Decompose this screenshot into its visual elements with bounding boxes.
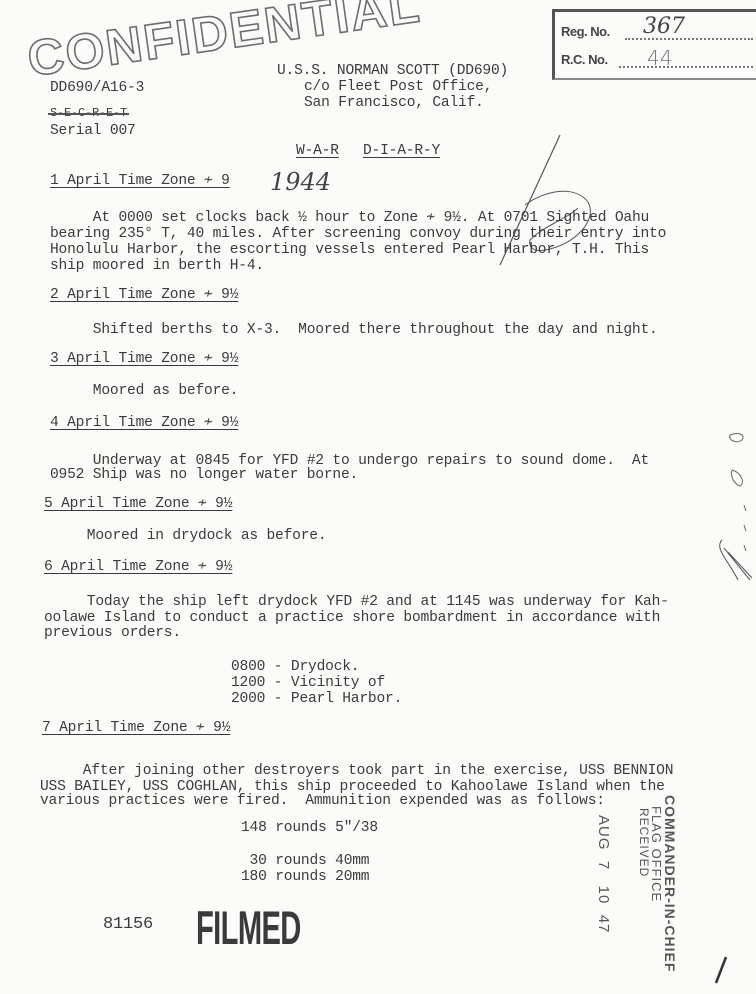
schedule-line-2: 1200 - Vicinity of — [231, 675, 385, 691]
entry-6-line-2: oolawe Island to conduct a practice shor… — [44, 610, 660, 626]
margin-handwriting-marks — [710, 430, 756, 590]
entry-1-line-1: At 0000 set clocks back ½ hour to Zone ≁… — [50, 210, 649, 226]
entry-1-heading: 1 April Time Zone ≁ 9 — [50, 173, 230, 189]
ammunition-line-1: 148 rounds 5"/38 — [241, 820, 378, 836]
rc-no-dots — [619, 66, 753, 68]
registry-box: Reg. No. 367 R.C. No. 44 — [552, 9, 756, 80]
entry-4-line-2: 0952 Ship was no longer water borne. — [50, 467, 358, 483]
entry-3-heading: 3 April Time Zone ≁ 9½ — [50, 351, 238, 367]
entry-6-heading: 6 April Time Zone ≁ 9½ — [44, 559, 232, 575]
ammunition-line-3: 180 rounds 20mm — [241, 869, 369, 885]
rc-no-value: 44 — [647, 46, 672, 70]
entry-5-heading: 5 April Time Zone ≁ 9½ — [44, 496, 232, 512]
address-line-3: San Francisco, Calif. — [304, 95, 484, 111]
entry-6-line-1: Today the ship left drydock YFD #2 and a… — [44, 594, 669, 610]
entry-1-line-4: ship moored in berth H-4. — [50, 258, 264, 274]
schedule-line-1: 0800 - Drydock. — [231, 659, 359, 675]
title-diary: D-I-A-R-Y — [363, 143, 440, 159]
reg-no-value: 367 — [643, 14, 685, 39]
classification-struck: S-E-C-R-E-T — [50, 105, 127, 121]
filmed-stamp: FILMED — [196, 903, 301, 953]
rc-no-label: R.C. No. — [561, 52, 608, 67]
entry-7-line-3: various practices were fired. Ammunition… — [40, 793, 605, 809]
entry-4-heading: 4 April Time Zone ≁ 9½ — [50, 415, 238, 431]
address-line-2: c/o Fleet Post Office, — [304, 79, 492, 95]
entry-7-line-1: After joining other destroyers took part… — [40, 763, 673, 779]
margin-slash-mark — [712, 955, 732, 985]
entry-5-line-1: Moored in drydock as before. — [44, 528, 326, 544]
reg-no-label: Reg. No. — [561, 24, 610, 39]
entry-2-line-1: Shifted berths to X-3. Moored there thro… — [50, 322, 658, 338]
received-stamp-line-3: RECEIVED — [637, 808, 651, 877]
entry-2-heading: 2 April Time Zone ≁ 9½ — [50, 287, 238, 303]
ammunition-line-2: 30 rounds 40mm — [241, 853, 369, 869]
film-number: 81156 — [103, 917, 153, 933]
file-code: DD690/A16-3 — [50, 80, 144, 96]
entry-7-heading: 7 April Time Zone ≁ 9½ — [42, 720, 230, 736]
entry-3-line-1: Moored as before. — [50, 383, 238, 399]
received-stamp-date: AUG 7 10 47 — [595, 815, 612, 933]
received-stamp-line-1: COMMANDER-IN-CHIEF — [662, 795, 678, 972]
schedule-line-3: 2000 - Pearl Harbor. — [231, 691, 402, 707]
entry-1-line-3: Honolulu Harbor, the escorting vessels e… — [50, 242, 649, 258]
title-war: W-A-R — [296, 143, 339, 159]
entry-1-line-2: bearing 235° T, 40 miles. After screenin… — [50, 226, 666, 242]
serial-number: Serial 007 — [50, 123, 136, 139]
address-line-1: U.S.S. NORMAN SCOTT (DD690) — [277, 63, 508, 79]
handwritten-year: 1944 — [270, 168, 331, 196]
received-stamp-line-2: FLAG OFFICE — [649, 806, 664, 902]
entry-6-line-3: previous orders. — [44, 625, 181, 641]
